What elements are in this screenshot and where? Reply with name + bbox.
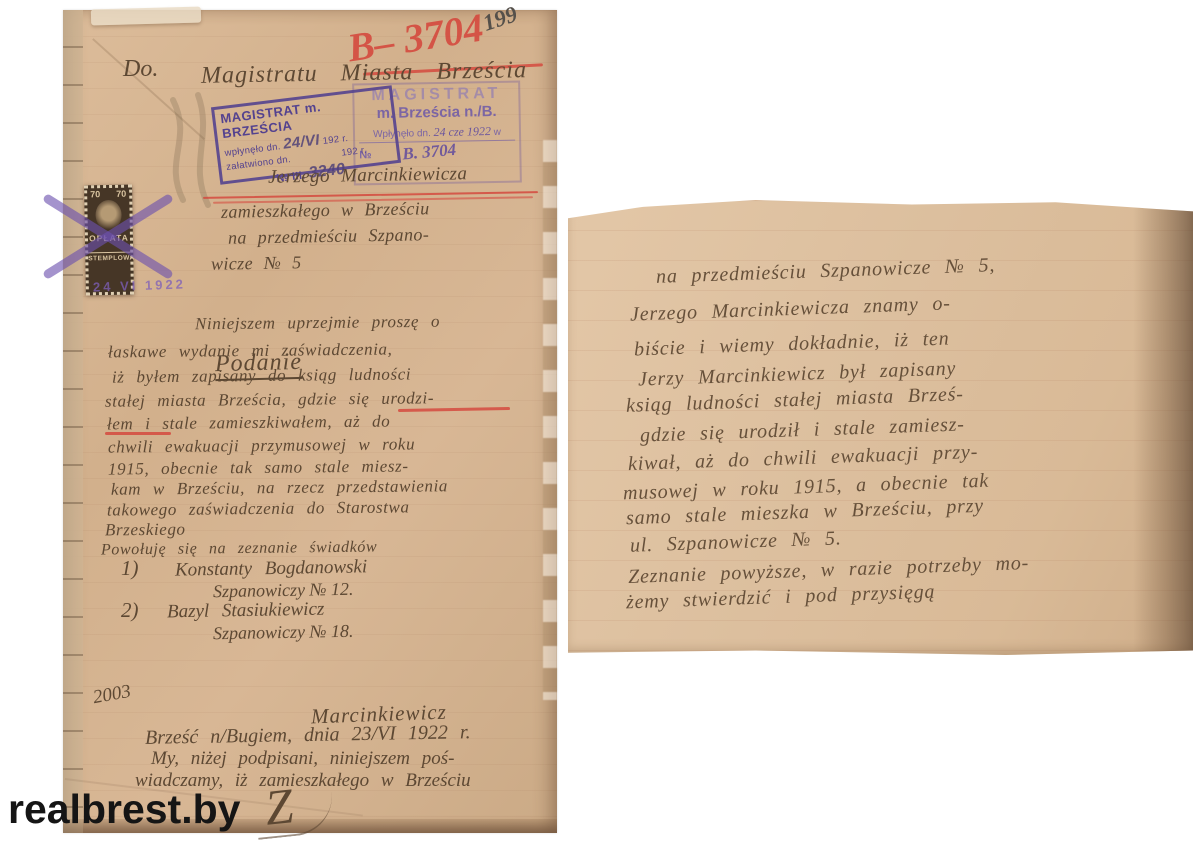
witness-name: Konstanty Bogdanowski (175, 556, 368, 581)
value-right: 70 (116, 189, 126, 199)
stamp-values: 7070 (87, 188, 129, 201)
body-line: takowego zaświadczenia do Starostwa (107, 497, 410, 520)
cancel-date: 24 VI 1922 (93, 276, 186, 294)
received-date-hand: 24 cze 1922 (433, 124, 491, 139)
corner-note: 2003 (91, 681, 132, 709)
torn-right-edge (543, 140, 557, 700)
resolved-year: 192 r. (341, 145, 368, 159)
salutation: Do. (123, 56, 158, 83)
body-line: kam w Brześciu, na rzecz przedstawienia (111, 476, 448, 500)
received-year: 192 r. (322, 133, 349, 147)
page-number-pencil: 199 (480, 1, 521, 36)
testimony-line: Jerzego Marcinkiewicza znamy o- (630, 292, 951, 326)
addressee-line: wicze № 5 (211, 252, 302, 275)
number-hand: B. 3704 (402, 140, 457, 165)
tape-repair (91, 7, 201, 26)
binding-edge (63, 10, 83, 833)
body-line: Niniejszem uprzejmie proszę o (195, 312, 440, 335)
body-line: chwili ewakuacji przymusowej w roku (108, 434, 415, 457)
testimony-line: na przedmieściu Szpanowicze № 5, (656, 254, 996, 289)
testimony-document-page: na przedmieściu Szpanowicze № 5, Jerzego… (568, 200, 1193, 655)
received-suffix: w (494, 127, 501, 138)
value-left: 70 (90, 189, 100, 199)
testimony-line: biście i wiemy dokładnie, iż ten (634, 328, 950, 362)
red-underline (105, 432, 171, 435)
body-line: Brzeskiego (105, 520, 186, 541)
addressee-line: zamieszkałego w Brześciu (221, 198, 430, 223)
body-line: 1915, obecnie tak samo stale miesz- (108, 456, 409, 479)
body-line: stałej miasta Brześcia, gdzie się urodzi… (105, 388, 434, 411)
body-line: łaskawe wydanie mi zaświadczenia, (108, 340, 393, 363)
witness-name: Bazyl Stasiukiewicz (167, 599, 325, 624)
witness-number: 1) (121, 556, 139, 581)
page-curl-shadow (1133, 200, 1193, 655)
body-line: iż byłem zapisany do ksiąg ludności (112, 364, 411, 387)
addressee-name: Jerzego Marcinkiewicza (268, 163, 468, 188)
red-underline (398, 407, 510, 411)
stemplowa-label: STEMPLOWA (88, 252, 130, 263)
petition-document-page: 199 B– 3704 Do. Magistratu Miasta Brześc… (63, 10, 557, 833)
watermark: realbrest.by (8, 786, 240, 833)
witness-address: Szpanowiczy № 18. (213, 621, 354, 644)
attest-line: My, niżej podpisani, niniejszem poś- (151, 748, 454, 770)
received-hand: 24/VI (282, 131, 320, 152)
testimony-line: ul. Szpanowicze № 5. (630, 527, 842, 557)
date-line: Brześć n/Bugiem, dnia 23/VI 1922 r. (145, 721, 471, 750)
witness-number: 2) (121, 598, 139, 623)
addressee-line: na przedmieściu Szpano- (228, 224, 430, 249)
